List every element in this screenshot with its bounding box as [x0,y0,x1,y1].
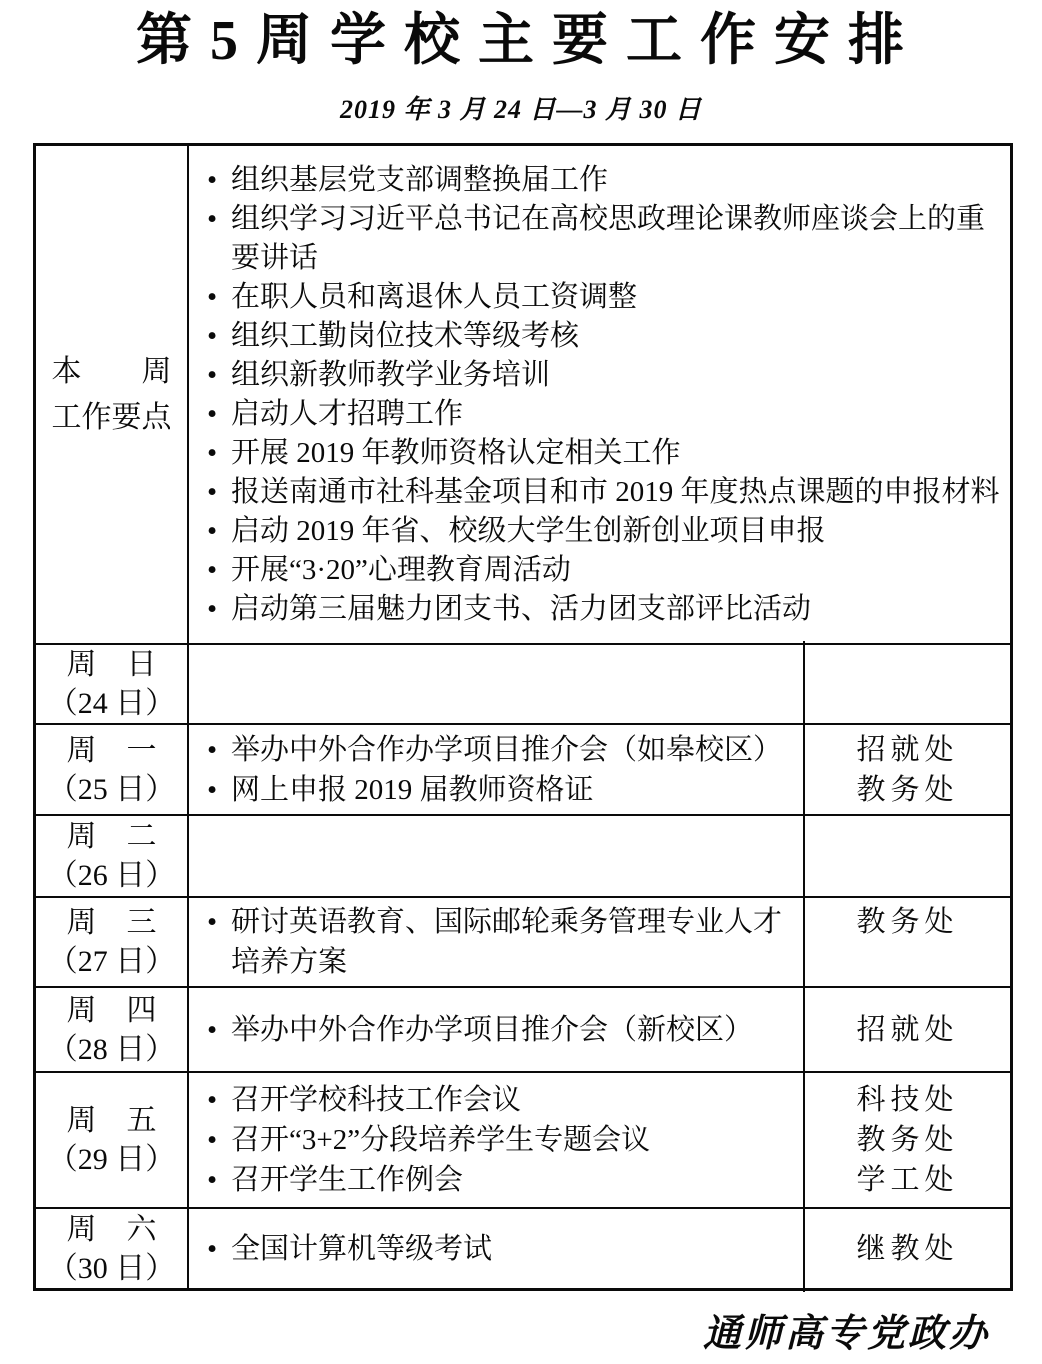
day-label: 周 日 （24 日） [36,645,189,723]
department-label: 教务处 [805,1120,1010,1160]
day-entries: 全国计算机等级考试继教处 [189,1209,1010,1288]
department-label: 学工处 [805,1160,1010,1200]
day-label: 周 六 （30 日） [36,1209,189,1288]
highlight-item: 启动人才招聘工作 [189,395,1004,434]
day-row: 周 五 （29 日） 召开学校科技工作会议科技处召开“3+2”分段培养学生专题会… [36,1071,1010,1207]
day-row: 周 二 （26 日） [36,814,1010,896]
task-item: 举办中外合作办学项目推介会（新校区） [189,1010,805,1050]
week-highlights-content: 组织基层党支部调整换届工作组织学习习近平总书记在高校思政理论课教师座谈会上的重要… [189,146,1010,643]
department-column-divider [803,812,805,900]
highlight-item: 组织学习习近平总书记在高校思政理论课教师座谈会上的重要讲话 [189,200,1004,278]
page-title: 第 5 周 学 校 主 要 工 作 安 排 [0,0,1042,75]
day-date: （27 日） [48,942,176,981]
day-entries: 举办中外合作办学项目推介会（新校区）招就处 [189,988,1010,1071]
day-entries: 举办中外合作办学项目推介会（如皋校区）招就处网上申报 2019 届教师资格证教务… [189,725,1010,814]
day-name: 周 日 [67,645,157,684]
signature: 通师高专党政办 [703,1302,990,1357]
highlight-item: 报送南通市社科基金项目和市 2019 年度热点课题的申报材料 [189,473,1004,512]
day-row: 周 三 （27 日） 研讨英语教育、国际邮轮乘务管理专业人才培养方案教务处 [36,896,1010,986]
day-label: 周 三 （27 日） [36,898,189,986]
department-label: 科技处 [805,1080,1010,1120]
day-name: 周 六 [67,1210,157,1249]
task-item: 召开“3+2”分段培养学生专题会议 [189,1120,805,1160]
day-entries: 研讨英语教育、国际邮轮乘务管理专业人才培养方案教务处 [189,898,1010,986]
week-highlights-label-line1: 本 周 [52,349,172,395]
day-entries: 召开学校科技工作会议科技处召开“3+2”分段培养学生专题会议教务处召开学生工作例… [189,1073,1010,1207]
highlight-item: 组织新教师教学业务培训 [189,356,1004,395]
highlight-item: 组织工勤岗位技术等级考核 [189,317,1004,356]
department-label: 教务处 [805,902,1010,942]
task-item: 网上申报 2019 届教师资格证 [189,770,805,810]
day-date: （30 日） [48,1249,176,1288]
highlight-item: 组织基层党支部调整换届工作 [189,161,1004,200]
highlight-item: 开展“3·20”心理教育周活动 [189,551,1004,590]
week-highlights-label: 本 周 工作要点 [36,146,189,643]
department-label: 招就处 [805,1010,1010,1050]
week-highlights-list: 组织基层党支部调整换届工作组织学习习近平总书记在高校思政理论课教师座谈会上的重要… [189,146,1010,643]
day-date: （26 日） [48,856,176,895]
day-label: 周 一 （25 日） [36,725,189,814]
highlight-item: 启动 2019 年省、校级大学生创新创业项目申报 [189,512,1004,551]
department-label: 继教处 [805,1229,1010,1269]
department-label: 招就处 [805,730,1010,770]
schedule-table: 本 周 工作要点 组织基层党支部调整换届工作组织学习习近平总书记在高校思政理论课… [33,143,1013,1291]
day-name: 周 三 [67,903,157,942]
day-date: （28 日） [48,1030,176,1069]
highlight-item: 开展 2019 年教师资格认定相关工作 [189,434,1004,473]
task-item: 研讨英语教育、国际邮轮乘务管理专业人才培养方案 [189,902,805,982]
day-entries [189,645,1010,723]
day-label: 周 二 （26 日） [36,816,189,896]
highlight-item: 在职人员和离退休人员工资调整 [189,278,1004,317]
day-date: （25 日） [48,770,176,809]
day-row: 周 日 （24 日） [36,643,1010,723]
task-item: 全国计算机等级考试 [189,1229,805,1269]
task-item: 召开学生工作例会 [189,1160,805,1200]
department-column-divider [803,641,805,727]
day-name: 周 一 [67,731,157,770]
day-date: （29 日） [48,1140,176,1179]
day-row: 周 一 （25 日） 举办中外合作办学项目推介会（如皋校区）招就处网上申报 20… [36,723,1010,814]
day-date: （24 日） [48,684,176,723]
day-rows-container: 周 日 （24 日） 周 一 （25 日） 举办中外合作办学项目推介会（如皋校区… [36,643,1010,1288]
department-label: 教务处 [805,770,1010,810]
week-highlights-label-line2: 工作要点 [52,395,172,441]
day-name: 周 二 [67,817,157,856]
document-page: 第 5 周 学 校 主 要 工 作 安 排 2019 年 3 月 24 日—3 … [0,0,1042,1364]
highlight-item: 启动第三届魅力团支书、活力团支部评比活动 [189,590,1004,629]
day-row: 周 六 （30 日） 全国计算机等级考试继教处 [36,1207,1010,1288]
day-name: 周 四 [67,991,157,1030]
day-label: 周 五 （29 日） [36,1073,189,1207]
day-row: 周 四 （28 日） 举办中外合作办学项目推介会（新校区）招就处 [36,986,1010,1071]
week-highlights-row: 本 周 工作要点 组织基层党支部调整换届工作组织学习习近平总书记在高校思政理论课… [36,146,1010,643]
day-name: 周 五 [67,1101,157,1140]
task-item: 举办中外合作办学项目推介会（如皋校区） [189,730,805,770]
date-range: 2019 年 3 月 24 日—3 月 30 日 [0,89,1042,126]
day-entries [189,816,1010,896]
day-label: 周 四 （28 日） [36,988,189,1071]
task-item: 召开学校科技工作会议 [189,1080,805,1120]
